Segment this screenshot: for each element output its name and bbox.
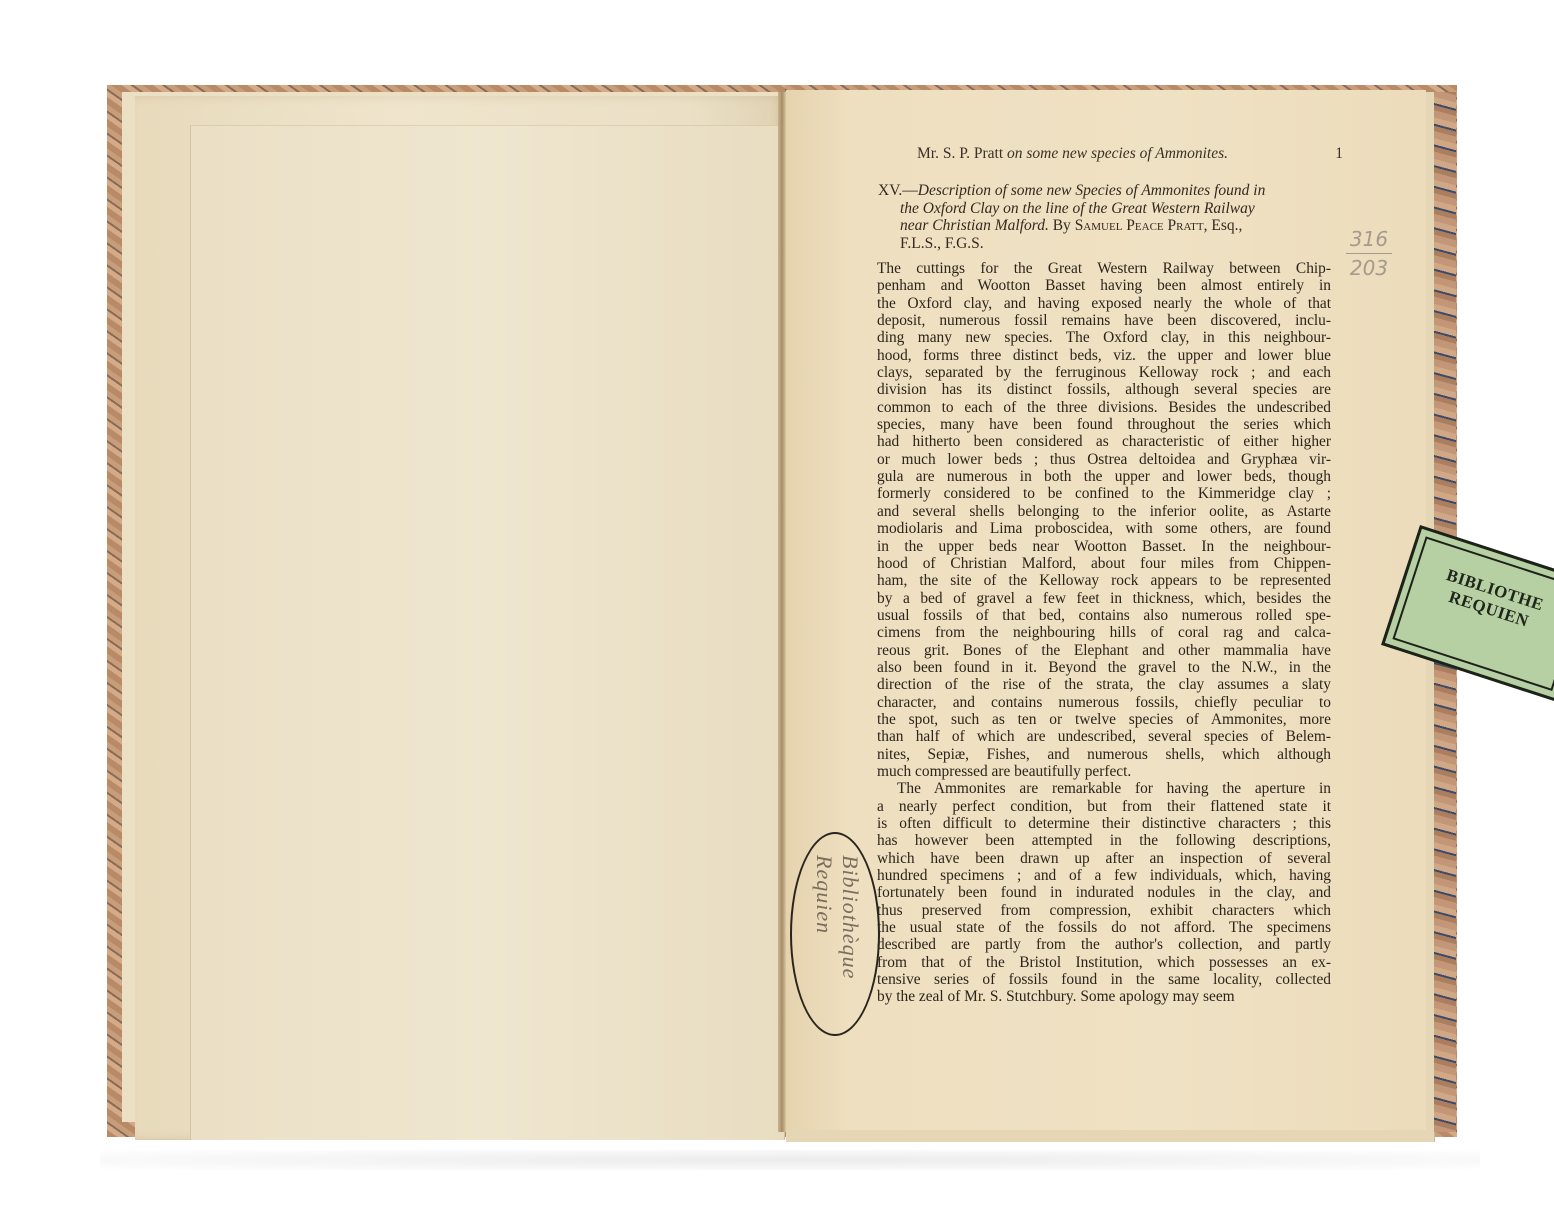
page-number: 1 [1335,145,1343,163]
body-line: direction of the rise of the strata, the… [877,676,1331,693]
blank-flyleaf-inner [190,125,784,1140]
body-line: tensive series of fossils found in the s… [877,971,1331,988]
body-line: character, and contains numerous fossils… [877,694,1331,711]
body-line: from that of the Bristol Institution, wh… [877,954,1331,971]
title-line-3: near Christian Malford. [900,217,1049,234]
body-line: formerly considered to be confined to th… [877,485,1331,502]
body-line: penham and Wootton Basset having been al… [877,277,1331,294]
body-line: by a bed of gravel a few feet in thickne… [877,590,1331,607]
body-line: thus preserved from compression, exhibit… [877,902,1331,919]
body-line: described are partly from the author's c… [877,936,1331,953]
body-line: modiolaris and Lima proboscidea, with so… [877,520,1331,537]
body-line: also been found in it. Beyond the gravel… [877,659,1331,676]
body-line: hundred specimens ; and of a few individ… [877,867,1331,884]
body-line: The cuttings for the Great Western Railw… [877,260,1331,277]
author-name: Samuel Peace Pratt [1075,217,1204,234]
body-line: the spot, such as ten or twelve species … [877,711,1331,728]
body-line: by the zeal of Mr. S. Stutchbury. Some a… [877,988,1331,1005]
body-line: and several shells belonging to the infe… [877,503,1331,520]
running-head: Mr. S. P. Pratt on some new species of A… [917,145,1343,163]
running-head-author: Mr. S. P. Pratt [917,145,1003,162]
book-shadow [100,1150,1480,1170]
shelfmark-rule [1346,253,1392,254]
body-line: in the upper beds near Wootton Basset. I… [877,538,1331,555]
body-line: division has its distinct fossils, altho… [877,381,1331,398]
running-head-title: Mr. S. P. Pratt on some new species of A… [917,145,1228,163]
author-suffix: , Esq., [1204,217,1243,234]
body-line: fortunately been found in indurated nodu… [877,884,1331,901]
pencil-shelfmark: 316 203 [1346,228,1392,279]
title-line-2: the Oxford Clay on the line of the Great… [900,200,1255,217]
body-line: hood, forms three distinct beds, viz. th… [877,347,1331,364]
body-line: ding many new species. The Oxford clay, … [877,329,1331,346]
body-line: usual fossils of that bed, contains also… [877,607,1331,624]
body-line: had hitherto been considered as characte… [877,433,1331,450]
book-gutter [778,92,786,1132]
body-line: the usual state of the fossils do not af… [877,919,1331,936]
body-line: which have been drawn up after an inspec… [877,850,1331,867]
body-line: reous grit. Bones of the Elephant and ot… [877,642,1331,659]
library-stamp-text: Bibliothèque Requien [811,855,863,1055]
shelfmark-top: 316 [1350,227,1388,251]
body-line: is often difficult to determine their di… [877,815,1331,832]
body-line: the Oxford clay, and having exposed near… [877,295,1331,312]
body-line: hood of Christian Malford, about four mi… [877,555,1331,572]
article-title: XV.—Description of some new Species of A… [878,182,1343,252]
running-head-italic: on some new species of Ammonites. [1007,145,1228,162]
body-line: a nearly perfect condition, but from the… [877,798,1331,815]
body-line: common to each of the three divisions. B… [877,399,1331,416]
body-line: than half of which are undescribed, seve… [877,728,1331,745]
body-line: The Ammonites are remarkable for having … [877,780,1331,797]
body-line: gula are numerous in both the upper and … [877,468,1331,485]
body-line: cimens from the neighbouring hills of co… [877,624,1331,641]
body-line: much compressed are beautifully perfect. [877,763,1331,780]
title-line-1: Description of some new Species of Ammon… [918,182,1266,199]
body-line: clays, separated by the ferruginous Kell… [877,364,1331,381]
body-line: ham, the site of the Kelloway rock appea… [877,572,1331,589]
body-text: The cuttings for the Great Western Railw… [877,260,1331,1006]
body-line: deposit, numerous fossil remains have be… [877,312,1331,329]
shelfmark-bottom: 203 [1350,256,1388,280]
byline-prefix: By [1053,217,1071,234]
article-number: XV.— [878,182,918,199]
body-line: species, many have been found throughout… [877,416,1331,433]
body-line: or much lower beds ; thus Ostrea deltoid… [877,451,1331,468]
author-credentials: F.L.S., F.G.S. [878,235,1343,253]
body-line: nites, Sepiæ, Fishes, and numerous shell… [877,746,1331,763]
body-line: has however been attempted in the follow… [877,832,1331,849]
library-label-text: BIBLIOTHE REQUIEN [1438,565,1546,634]
